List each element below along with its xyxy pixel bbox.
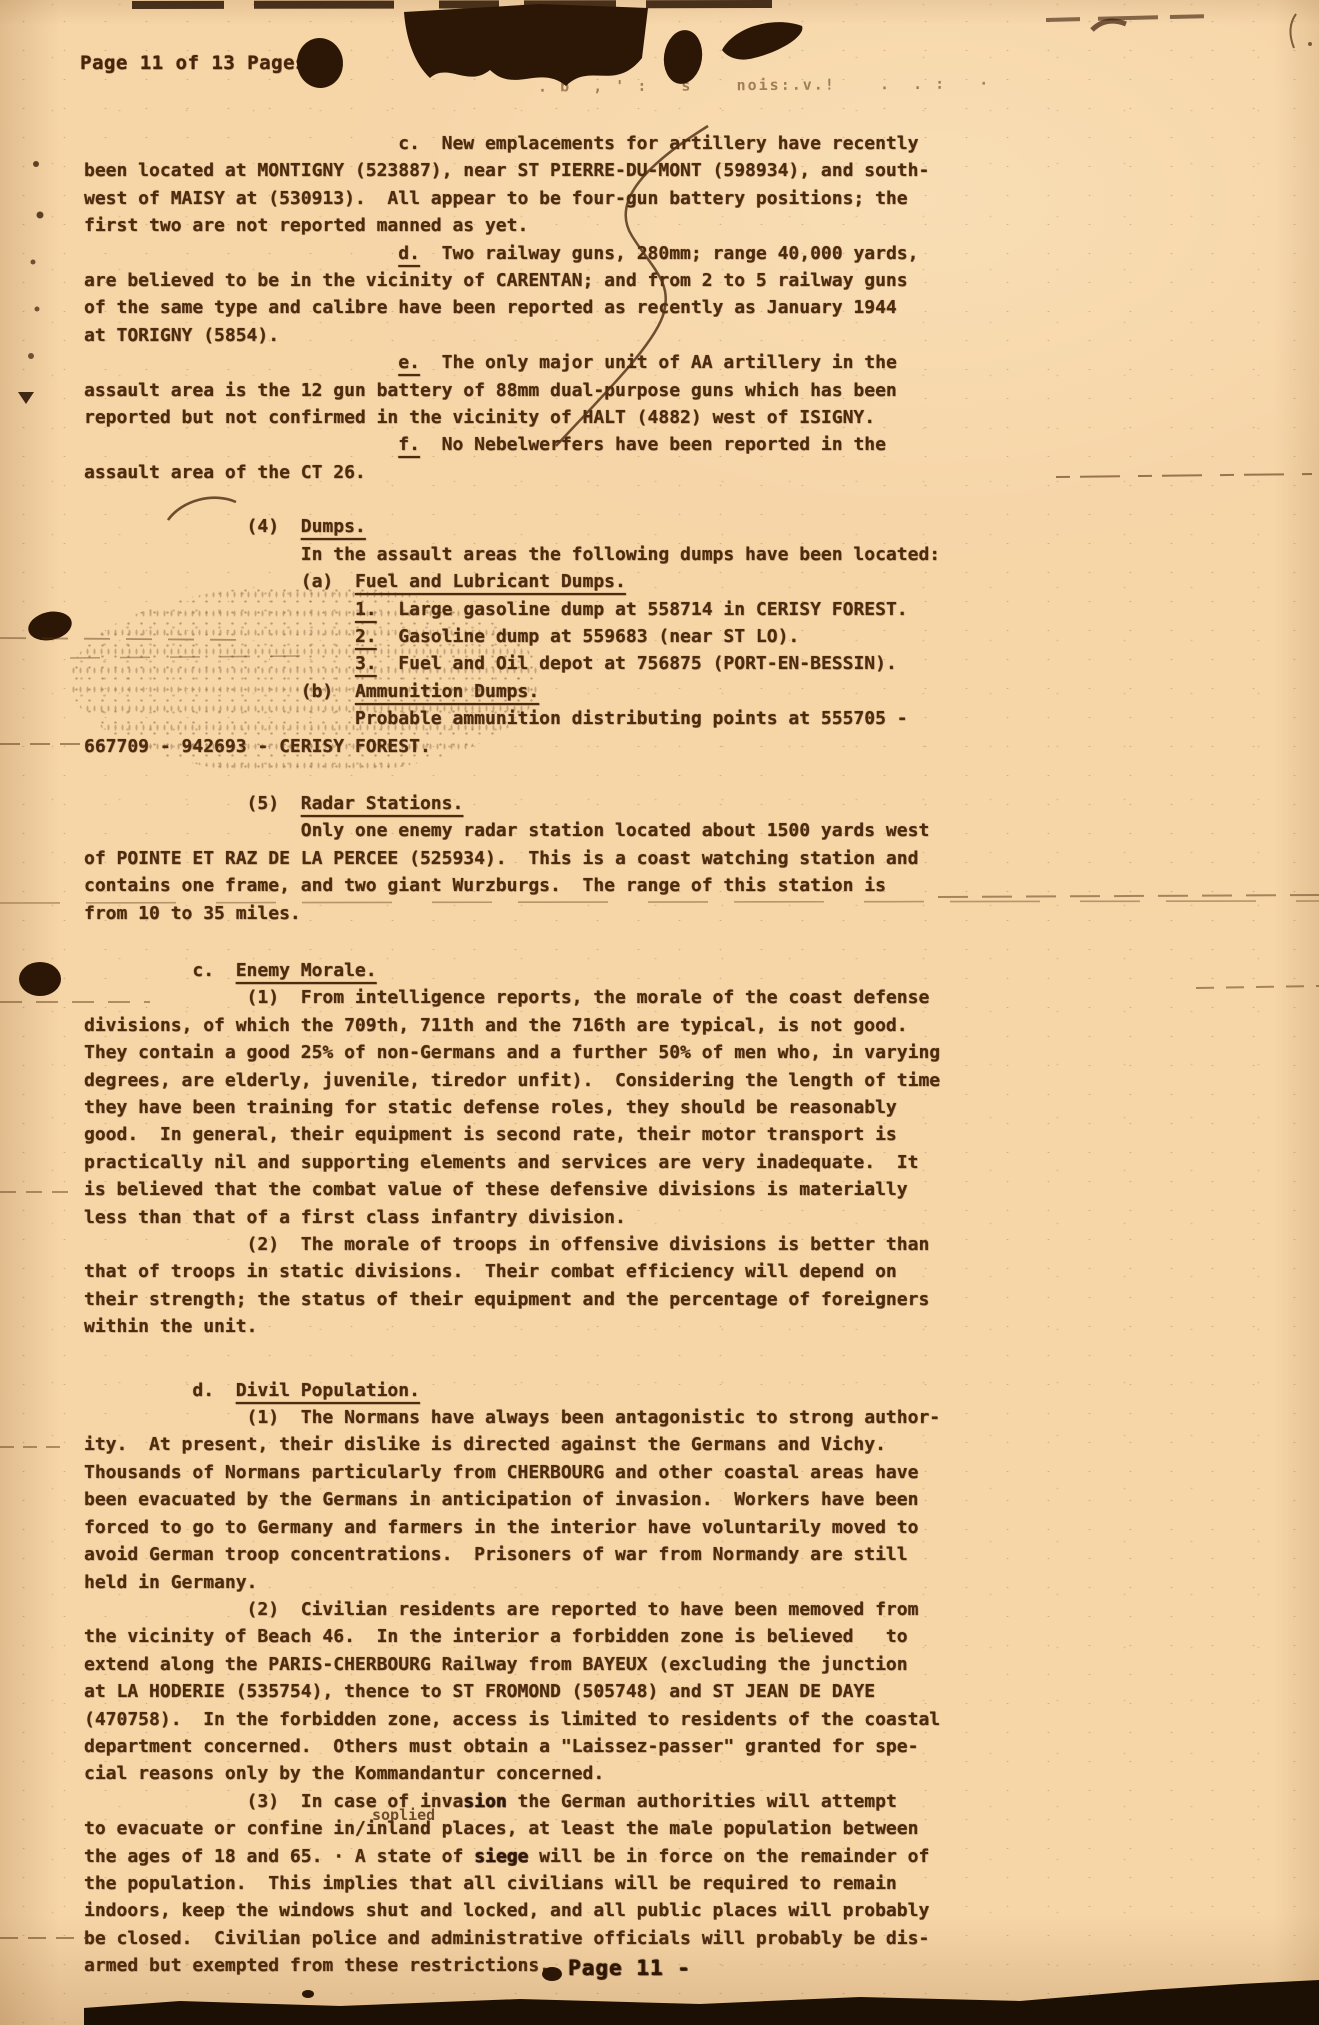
document-line: 2. Gasoline dump at 559683 (near ST LO). [84, 623, 940, 650]
document-line: (2) Civilian residents are reported to h… [84, 1596, 940, 1623]
document-line: their strength; the status of their equi… [84, 1286, 940, 1313]
document-line: forced to go to Germany and farmers in t… [84, 1514, 940, 1541]
document-section: (4) Dumps. In the assault areas the foll… [84, 513, 940, 760]
ink-scribble [404, 4, 648, 86]
document-line: (1) The Normans have always been antagon… [84, 1404, 940, 1431]
document-line: (a) Fuel and Lubricant Dumps. [84, 568, 940, 595]
scan-streak [938, 895, 1319, 897]
document-line: c. Enemy Morale. [84, 957, 940, 984]
document-line: 3. Fuel and Oil depot at 756875 (PORT-EN… [84, 650, 940, 677]
document-line: extend along the PARIS-CHERBOURG Railway… [84, 1651, 940, 1678]
document-line: In the assault areas the following dumps… [84, 541, 940, 568]
document-line: good. In general, their equipment is sec… [84, 1121, 940, 1148]
document-line: is believed that the combat value of the… [84, 1176, 940, 1203]
document-line: Thousands of Normans particularly from C… [84, 1459, 940, 1486]
margin-mark [18, 392, 34, 404]
document-line: contains one frame, and two giant Wurzbu… [84, 872, 940, 899]
margin-mark [37, 212, 44, 219]
document-line: from 10 to 35 miles. [84, 900, 940, 927]
document-line: cial reasons only by the Kommandantur co… [84, 1760, 940, 1787]
document-line: Only one enemy radar station located abo… [84, 817, 940, 844]
document-line: been evacuated by the Germans in anticip… [84, 1486, 940, 1513]
smudge-text: . b , ' : s nois:.v.! . . : · [538, 74, 990, 95]
scan-streak [1056, 474, 1312, 477]
ink-blob [302, 1990, 314, 1998]
document-line: f. No Nebelwerfers have been reported in… [84, 431, 940, 458]
document-line: Probable ammunition distributing points … [84, 705, 940, 732]
document-line: (2) The morale of troops in offensive di… [84, 1231, 940, 1258]
document-line: department concerned. Others must obtain… [84, 1733, 940, 1760]
page-header: Page 11 of 13 Pages [80, 52, 307, 74]
document-line: (4) Dumps. [84, 513, 940, 540]
overtyped-word: soplied [372, 1806, 435, 1824]
ink-blob [26, 608, 75, 645]
document-line: (b) Ammunition Dumps. [84, 678, 940, 705]
document-line: within the unit. [84, 1313, 940, 1340]
document-section: c. New emplacements for artillery have r… [84, 130, 940, 486]
document-line: to evacuate or confine in/inland places,… [84, 1815, 940, 1842]
document-line: assault area of the CT 26. [84, 459, 940, 486]
document-line: held in Germany. [84, 1569, 940, 1596]
document-line: that of troops in static divisions. Thei… [84, 1258, 940, 1285]
pen-mark [1308, 42, 1312, 46]
document-line: (1) From intelligence reports, the moral… [84, 984, 940, 1011]
ink-swoosh [722, 22, 802, 59]
document-line: first two are not reported manned as yet… [84, 212, 940, 239]
document-line: (3) In case of invasion the German autho… [84, 1788, 940, 1815]
page-footer: Page 11 - [568, 1956, 691, 1980]
document-line: d. Two railway guns, 280mm; range 40,000… [84, 240, 940, 267]
document-line: avoid German troop concentrations. Priso… [84, 1541, 940, 1568]
document-line: ity. At present, their dislike is direct… [84, 1431, 940, 1458]
document-line: c. New emplacements for artillery have r… [84, 130, 940, 157]
document-line: been located at MONTIGNY (523887), near … [84, 157, 940, 184]
document-line: degrees, are elderly, juvenile, tiredor … [84, 1067, 940, 1094]
pen-mark [1290, 14, 1296, 48]
document-line: e. The only major unit of AA artillery i… [84, 349, 940, 376]
scan-streak [1046, 16, 1212, 20]
document-body: c. New emplacements for artillery have r… [84, 130, 940, 1980]
document-line: of the same type and calibre have been r… [84, 294, 940, 321]
document-line: the ages of 18 and 65. · A state of sieg… [84, 1843, 940, 1870]
document-line: 667709 - 942693 - CERISY FOREST. [84, 733, 940, 760]
document-line: (5) Radar Stations. [84, 790, 940, 817]
document-line: at LA HODERIE (535754), thence to ST FRO… [84, 1678, 940, 1705]
document-line: indoors, keep the windows shut and locke… [84, 1897, 940, 1924]
scan-streak [1196, 986, 1319, 988]
document-line: 1. Large gasoline dump at 558714 in CERI… [84, 596, 940, 623]
ink-blob [19, 962, 61, 996]
document-line: the vicinity of Beach 46. In the interio… [84, 1623, 940, 1650]
document-section: c. Enemy Morale. (1) From intelligence r… [84, 957, 940, 1341]
margin-mark [31, 260, 36, 265]
torn-edge-band [84, 1980, 1319, 2025]
document-line: practically nil and supporting elements … [84, 1149, 940, 1176]
document-line: assault area is the 12 gun battery of 88… [84, 377, 940, 404]
document-line: reported but not confirmed in the vicini… [84, 404, 940, 431]
scan-streak [132, 4, 772, 5]
document-line: armed but exempted from these restrictio… [84, 1952, 940, 1979]
document-section: (5) Radar Stations. Only one enemy radar… [84, 790, 940, 927]
margin-mark [28, 353, 34, 359]
document-line: are believed to be in the vicinity of CA… [84, 267, 940, 294]
document-line: the population. This implies that all ci… [84, 1870, 940, 1897]
document-line: They contain a good 25% of non-Germans a… [84, 1039, 940, 1066]
document-line: (470758). In the forbidden zone, access … [84, 1706, 940, 1733]
document-line: less than that of a first class infantry… [84, 1204, 940, 1231]
pen-mark [1092, 21, 1126, 30]
margin-mark [35, 307, 40, 312]
document-line: be closed. Civilian police and administr… [84, 1925, 940, 1952]
document-line: divisions, of which the 709th, 711th and… [84, 1012, 940, 1039]
document-line: of POINTE ET RAZ DE LA PERCEE (525934). … [84, 845, 940, 872]
document-section: d. Divil Population. (1) The Normans hav… [84, 1377, 940, 1980]
document-line: at TORIGNY (5854). [84, 322, 940, 349]
document-line: west of MAISY at (530913). All appear to… [84, 185, 940, 212]
margin-mark [33, 161, 39, 167]
document-line: d. Divil Population. [84, 1377, 940, 1404]
document-line: they have been training for static defen… [84, 1094, 940, 1121]
